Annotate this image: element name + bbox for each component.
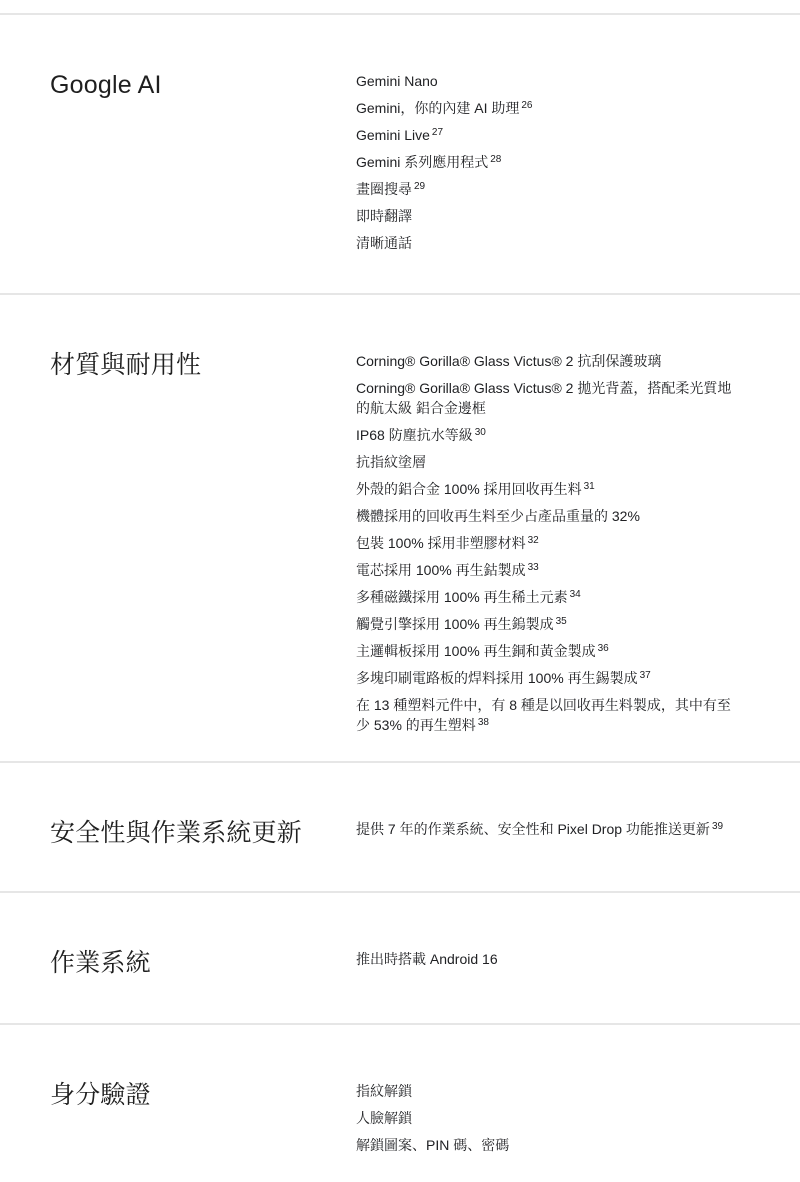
spec-item: Gemini Nano [356, 71, 732, 91]
section-title-security-os-updates: 安全性與作業系統更新 [50, 817, 356, 891]
spec-item-text: 推出時搭載 Android 16 [356, 951, 498, 967]
footnote-reference[interactable]: 27 [432, 127, 443, 138]
spec-item: Gemini 系列應用程式28 [356, 152, 732, 172]
spec-item-text: Gemini 系列應用程式 [356, 154, 488, 170]
section-title-identity-verification: 身分驗證 [50, 1079, 356, 1182]
spec-item-text: 外殼的鋁合金 100% 採用回收再生料 [356, 481, 582, 497]
spec-item: 即時翻譯 [356, 206, 732, 226]
spec-item-text: 畫圈搜尋 [356, 181, 412, 197]
spec-section-identity-verification: 身分驗證指紋解鎖人臉解鎖解鎖圖案、PIN 碼、密碼 [0, 1023, 800, 1182]
spec-item: 人臉解鎖 [356, 1108, 732, 1128]
spec-item: 包裝 100% 採用非塑膠材料32 [356, 533, 732, 553]
spec-item-list: 推出時搭載 Android 16 [356, 947, 732, 1023]
spec-item-text: IP68 防塵抗水等級 [356, 427, 473, 443]
spec-item: 指紋解鎖 [356, 1081, 732, 1101]
spec-item: 畫圈搜尋29 [356, 179, 732, 199]
spec-item-text: 觸覺引擎採用 100% 再生鎢製成 [356, 616, 554, 632]
spec-item: 抗指紋塗層 [356, 452, 732, 472]
spec-item: 解鎖圖案、PIN 碼、密碼 [356, 1135, 732, 1155]
spec-item-text: 清晰通話 [356, 235, 412, 251]
spec-section-google-ai: Google AIGemini NanoGemini，你的內建 AI 助理26G… [0, 13, 800, 293]
spec-item-list: Gemini NanoGemini，你的內建 AI 助理26Gemini Liv… [356, 69, 732, 293]
spec-item-text: 提供 7 年的作業系統、安全性和 Pixel Drop 功能推送更新 [356, 821, 710, 837]
spec-item-text: 人臉解鎖 [356, 1110, 412, 1126]
spec-item-list: Corning® Gorilla® Glass Victus® 2 抗刮保護玻璃… [356, 349, 732, 761]
spec-item: 觸覺引擎採用 100% 再生鎢製成35 [356, 614, 732, 634]
section-title-operating-system: 作業系統 [50, 947, 356, 1023]
spec-item: IP68 防塵抗水等級30 [356, 425, 732, 445]
spec-item: 在 13 種塑料元件中，有 8 種是以回收再生料製成，其中有至少 53% 的再生… [356, 695, 732, 735]
spec-item: 機體採用的回收再生料至少占產品重量的 32% [356, 506, 732, 526]
spec-section-materials-durability: 材質與耐用性Corning® Gorilla® Glass Victus® 2 … [0, 293, 800, 761]
footnote-reference[interactable]: 28 [490, 154, 501, 165]
footnote-reference[interactable]: 36 [598, 643, 609, 654]
spec-item-text: 即時翻譯 [356, 208, 412, 224]
footnote-reference[interactable]: 39 [712, 821, 723, 832]
footnote-reference[interactable]: 29 [414, 181, 425, 192]
spec-item-text: Gemini Nano [356, 73, 438, 89]
spec-item: 電芯採用 100% 再生鈷製成33 [356, 560, 732, 580]
spec-item: 外殼的鋁合金 100% 採用回收再生料31 [356, 479, 732, 499]
spec-item: Gemini Live27 [356, 125, 732, 145]
footnote-reference[interactable]: 32 [528, 535, 539, 546]
spec-item-text: 多種磁鐵採用 100% 再生稀土元素 [356, 589, 568, 605]
spec-item-text: Corning® Gorilla® Glass Victus® 2 抗刮保護玻璃 [356, 353, 661, 369]
section-title-materials-durability: 材質與耐用性 [50, 349, 356, 761]
spec-item-text: Gemini Live [356, 127, 430, 143]
spec-item: 推出時搭載 Android 16 [356, 949, 732, 969]
spec-item: Corning® Gorilla® Glass Victus® 2 拋光背蓋，搭… [356, 378, 732, 418]
spec-section-operating-system: 作業系統推出時搭載 Android 16 [0, 891, 800, 1023]
footnote-reference[interactable]: 37 [640, 670, 651, 681]
spec-item-list: 提供 7 年的作業系統、安全性和 Pixel Drop 功能推送更新39 [356, 817, 732, 891]
spec-sections: Google AIGemini NanoGemini，你的內建 AI 助理26G… [0, 13, 800, 1182]
spec-item: 清晰通話 [356, 233, 732, 253]
spec-item-text: 指紋解鎖 [356, 1083, 412, 1099]
footnote-reference[interactable]: 31 [584, 481, 595, 492]
spec-item: Gemini，你的內建 AI 助理26 [356, 98, 732, 118]
footnote-reference[interactable]: 38 [478, 717, 489, 728]
spec-item-text: 機體採用的回收再生料至少占產品重量的 32% [356, 508, 640, 524]
spec-item-text: 主邏輯板採用 100% 再生銅和黃金製成 [356, 643, 596, 659]
section-title-google-ai: Google AI [50, 69, 356, 293]
footnote-reference[interactable]: 33 [528, 562, 539, 573]
spec-item-text: 在 13 種塑料元件中，有 8 種是以回收再生料製成，其中有至少 53% 的再生… [356, 697, 731, 733]
spec-item-text: Gemini，你的內建 AI 助理 [356, 100, 519, 116]
spec-item: 主邏輯板採用 100% 再生銅和黃金製成36 [356, 641, 732, 661]
spec-item-text: 電芯採用 100% 再生鈷製成 [356, 562, 526, 578]
spec-item: 多塊印刷電路板的焊料採用 100% 再生錫製成37 [356, 668, 732, 688]
spec-page: Google AIGemini NanoGemini，你的內建 AI 助理26G… [0, 0, 800, 1182]
spec-item-text: Corning® Gorilla® Glass Victus® 2 拋光背蓋，搭… [356, 380, 731, 416]
spec-item-text: 包裝 100% 採用非塑膠材料 [356, 535, 526, 551]
spec-item: 提供 7 年的作業系統、安全性和 Pixel Drop 功能推送更新39 [356, 819, 732, 839]
spec-item-text: 多塊印刷電路板的焊料採用 100% 再生錫製成 [356, 670, 638, 686]
footnote-reference[interactable]: 30 [475, 427, 486, 438]
spec-item-text: 抗指紋塗層 [356, 454, 426, 470]
footnote-reference[interactable]: 26 [521, 100, 532, 111]
spec-section-security-os-updates: 安全性與作業系統更新提供 7 年的作業系統、安全性和 Pixel Drop 功能… [0, 761, 800, 891]
spec-item-text: 解鎖圖案、PIN 碼、密碼 [356, 1137, 509, 1153]
footnote-reference[interactable]: 34 [570, 589, 581, 600]
spec-item-list: 指紋解鎖人臉解鎖解鎖圖案、PIN 碼、密碼 [356, 1079, 732, 1182]
spec-item: Corning® Gorilla® Glass Victus® 2 抗刮保護玻璃 [356, 351, 732, 371]
spec-item: 多種磁鐵採用 100% 再生稀土元素34 [356, 587, 732, 607]
footnote-reference[interactable]: 35 [556, 616, 567, 627]
